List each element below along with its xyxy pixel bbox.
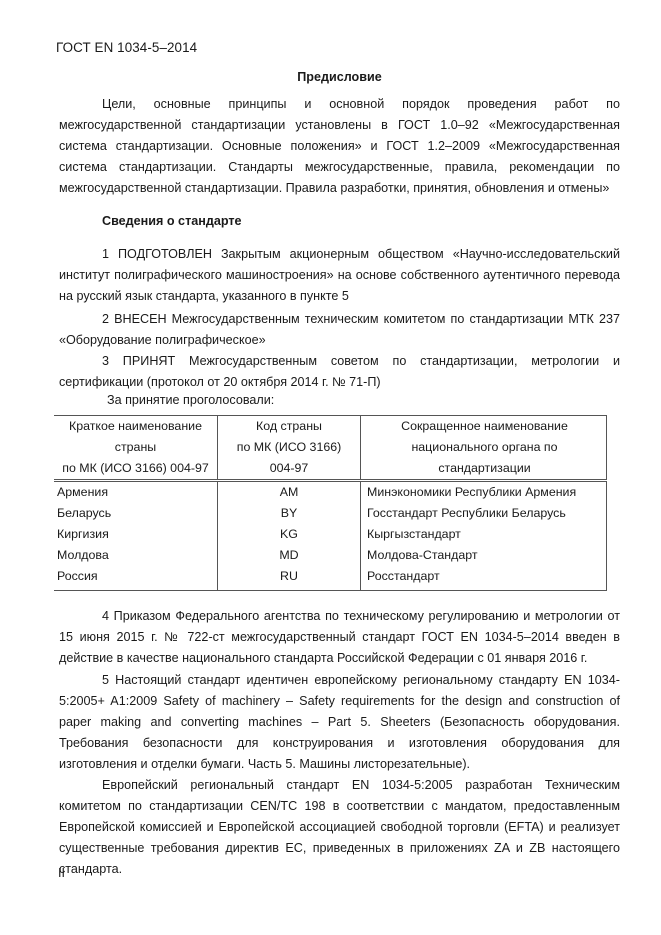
item-order: 4 Приказом Федерального агентства по тех…	[59, 606, 620, 669]
national-body: Минэкономики Республики Армения	[361, 481, 607, 504]
item-prepared: 1 ПОДГОТОВЛЕН Закрытым акционерным общес…	[59, 244, 620, 307]
table-row: Армения AM Минэкономики Республики Армен…	[54, 481, 607, 504]
header-national-body: Сокращенное наименование национального о…	[361, 416, 607, 481]
section-heading: Сведения о стандарте	[102, 214, 242, 228]
table-row: Беларусь BY Госстандарт Республики Белар…	[54, 503, 607, 524]
intro-paragraph: Цели, основные принципы и основной поряд…	[59, 94, 620, 199]
voted-label: За принятие проголосовали:	[107, 393, 274, 407]
country-code: KG	[218, 524, 361, 545]
page-number: II	[58, 866, 65, 880]
document-code-header: ГОСТ EN 1034-5–2014	[56, 40, 197, 55]
item-submitted: 2 ВНЕСЕН Межгосударственным техническим …	[59, 309, 620, 351]
national-body: Кыргызстандарт	[361, 524, 607, 545]
document-page: ГОСТ EN 1034-5–2014 Предисловие Цели, ос…	[0, 0, 661, 935]
header-country-code: Код страны по МК (ИСО 3166) 004-97	[218, 416, 361, 481]
country-name: Армения	[54, 481, 218, 504]
item-identical-standard: 5 Настоящий стандарт идентичен европейск…	[59, 670, 620, 775]
voting-countries-table: Краткое наименование страны по МК (ИСО 3…	[54, 415, 607, 591]
country-code: RU	[218, 566, 361, 591]
country-name: Киргизия	[54, 524, 218, 545]
page-title: Предисловие	[0, 70, 661, 84]
european-standard-paragraph: Европейский региональный стандарт EN 103…	[59, 775, 620, 880]
country-name: Россия	[54, 566, 218, 591]
table-row: Молдова MD Молдова-Стандарт	[54, 545, 607, 566]
table-header-row: Краткое наименование страны по МК (ИСО 3…	[54, 416, 607, 481]
item-adopted: 3 ПРИНЯТ Межгосударственным советом по с…	[59, 351, 620, 393]
national-body: Госстандарт Республики Беларусь	[361, 503, 607, 524]
country-code: MD	[218, 545, 361, 566]
header-country-name: Краткое наименование страны по МК (ИСО 3…	[54, 416, 218, 481]
national-body: Росстандарт	[361, 566, 607, 591]
country-name: Беларусь	[54, 503, 218, 524]
table-row: Киргизия KG Кыргызстандарт	[54, 524, 607, 545]
national-body: Молдова-Стандарт	[361, 545, 607, 566]
table-row: Россия RU Росстандарт	[54, 566, 607, 591]
country-code: BY	[218, 503, 361, 524]
country-code: AM	[218, 481, 361, 504]
country-name: Молдова	[54, 545, 218, 566]
